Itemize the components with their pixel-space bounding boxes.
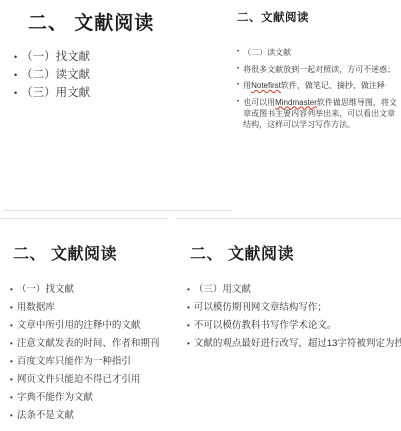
bullet-text: 注意文献发表的时间、作者和期刊: [17, 335, 160, 353]
bullet-icon: •: [187, 317, 190, 335]
bullet-item: • 不可以模仿教科书写作学术论文。: [187, 317, 401, 335]
bullet-text: （二）读文献: [21, 66, 90, 84]
bullet-text: 不可以模仿教科书写作学术论文。: [194, 317, 337, 335]
bullet-icon: •: [10, 281, 13, 299]
bullet-item: • 字典不能作为文献: [10, 389, 176, 407]
bullet-text: 可以模仿期刊网文章结构写作；: [194, 299, 327, 317]
bullet-icon: •: [14, 66, 17, 84]
bullet-item: • （二）读文献: [14, 66, 232, 84]
bullet-text: 字典不能作为文献: [17, 389, 93, 407]
bullet-item: • 文章中所引用的注释中的文献: [10, 317, 176, 335]
bullet-item: • 百度文库只能作为一种指引: [10, 353, 176, 371]
spellcheck-word: Mindmaster: [275, 98, 317, 107]
bullet-icon: •: [10, 389, 13, 407]
bullet-icon: •: [10, 299, 13, 317]
bullet-text: （二）读文献: [243, 47, 291, 58]
spellcheck-word: Notefirst: [251, 81, 281, 90]
bullet-item: • 用Notefirst软件，做笔记、摘抄、做注释: [237, 80, 399, 91]
bullet-text: 百度文库只能作为一种指引: [17, 353, 131, 371]
bullet-item: • 将很多文献放到一起对照读，方可不迷惑；: [237, 64, 399, 75]
slide-divider-top: [5, 210, 231, 211]
bullet-text: （三）用文献: [21, 84, 90, 102]
bullet-icon: •: [10, 317, 13, 335]
bullet-icon: •: [10, 371, 13, 389]
bullet-text: 用数据库: [17, 299, 55, 317]
bullet-text: 文章中所引用的注释中的文献: [17, 317, 141, 335]
slide-thumbnail-bottom-left[interactable]: 二、 文献阅读 • （一）找文献 • 用数据库 • 文章中所引用的注释中的文献 …: [0, 219, 176, 431]
bullet-icon: •: [10, 407, 13, 425]
bullet-icon: •: [237, 80, 239, 91]
slide-title: 二、 文献阅读: [28, 8, 232, 35]
bullet-text: 也可以用Mindmaster软件做思维导图，将文章或图书主要内容列举出来，可以看…: [243, 97, 399, 130]
slide-thumbnail-top-left[interactable]: 二、 文献阅读 • （一）找文献 • （二）读文献 • （三）用文献: [0, 0, 232, 210]
bullet-text: 将很多文献放到一起对照读，方可不迷惑；: [243, 64, 395, 75]
slide-title: 二、 文献阅读: [190, 241, 401, 264]
bullet-item: • （二）读文献: [237, 47, 399, 58]
bullet-icon: •: [187, 299, 190, 317]
bullet-icon: •: [10, 335, 13, 353]
bullet-text-segment: 也可以用: [243, 98, 275, 107]
slide-thumbnail-bottom-right[interactable]: 二、 文献阅读 • （三）用文献 • 可以模仿期刊网文章结构写作； • 不可以模…: [177, 219, 401, 431]
bullet-list: • （三）用文献 • 可以模仿期刊网文章结构写作； • 不可以模仿教科书写作学术…: [187, 281, 401, 353]
bullet-item: • 文献的观点最好进行改写，超过13字符被判定为抄袭。: [187, 335, 401, 353]
bullet-list: • （一）找文献 • 用数据库 • 文章中所引用的注释中的文献 • 注意文献发表…: [10, 281, 176, 425]
bullet-text: 网页文件只能迫不得已才引用: [17, 371, 141, 389]
bullet-item: • （三）用文献: [14, 84, 232, 102]
bullet-text-segment: 用: [243, 81, 251, 90]
bullet-item: • 注意文献发表的时间、作者和期刊: [10, 335, 176, 353]
bullet-icon: •: [237, 97, 239, 108]
bullet-item: • 也可以用Mindmaster软件做思维导图，将文章或图书主要内容列举出来，可…: [237, 97, 399, 130]
bullet-icon: •: [187, 281, 190, 299]
bullet-text: （三）用文献: [194, 281, 251, 299]
slide-sorter-grid: 二、 文献阅读 • （一）找文献 • （二）读文献 • （三）用文献 二、文献阅…: [0, 0, 401, 431]
bullet-list: • （一）找文献 • （二）读文献 • （三）用文献: [14, 48, 232, 102]
bullet-list: • （二）读文献 • 将很多文献放到一起对照读，方可不迷惑； • 用Notefi…: [237, 47, 399, 130]
bullet-text: （一）找文献: [21, 48, 90, 66]
slide-title: 二、 文献阅读: [13, 241, 176, 264]
bullet-item: • 网页文件只能迫不得已才引用: [10, 371, 176, 389]
bullet-icon: •: [237, 47, 239, 58]
bullet-item: • （一）找文献: [10, 281, 176, 299]
bullet-text: 法条不是文献: [17, 407, 74, 425]
bullet-icon: •: [14, 48, 17, 66]
bullet-item: • （三）用文献: [187, 281, 401, 299]
bullet-item: • 可以模仿期刊网文章结构写作；: [187, 299, 401, 317]
bullet-text-segment: 软件，做笔记、摘抄、做注释: [281, 81, 385, 90]
bullet-icon: •: [187, 335, 190, 353]
bullet-item: • 法条不是文献: [10, 407, 176, 425]
bullet-item: • 用数据库: [10, 299, 176, 317]
bullet-icon: •: [10, 353, 13, 371]
bullet-item: • （一）找文献: [14, 48, 232, 66]
slide-title: 二、文献阅读: [237, 9, 401, 25]
bullet-text: （一）找文献: [17, 281, 74, 299]
bullet-text: 文献的观点最好进行改写，超过13字符被判定为抄袭。: [194, 335, 401, 353]
bullet-icon: •: [14, 84, 17, 102]
bullet-text: 用Notefirst软件，做笔记、摘抄、做注释: [243, 80, 385, 91]
slide-thumbnail-top-right[interactable]: 二、文献阅读 • （二）读文献 • 将很多文献放到一起对照读，方可不迷惑； • …: [232, 0, 401, 219]
bullet-icon: •: [237, 64, 239, 75]
